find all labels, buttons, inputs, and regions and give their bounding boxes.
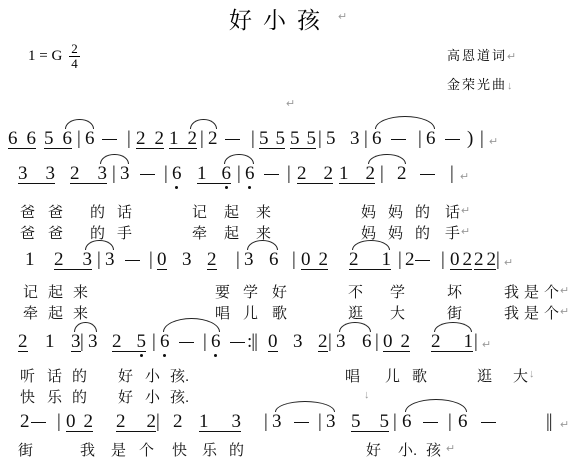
duration-dash — [140, 174, 155, 175]
lyric-row-2: 爸爸的手牵起来妈妈的手↵ — [0, 222, 578, 242]
lyric-syllable: 儿 — [243, 302, 258, 323]
song-title: 好小孩 — [229, 2, 331, 35]
barline: | — [97, 250, 101, 269]
formatting-mark: ↓ — [529, 368, 535, 380]
tie-arc — [375, 116, 435, 129]
duration-dash — [481, 422, 496, 423]
beamed-note-group: 23 — [54, 250, 92, 270]
note: 6 — [85, 129, 95, 148]
note: 5 — [290, 129, 300, 148]
beamed-note-group: 66 — [8, 129, 36, 149]
lyric-syllable: 爸 — [48, 222, 63, 243]
beamed-note-group: 22 — [474, 250, 496, 270]
tie-arc — [339, 322, 371, 332]
note: 1 — [199, 412, 209, 431]
barline: | — [200, 129, 204, 148]
note: 6 — [372, 129, 382, 148]
lyric-syllable: 大 — [513, 365, 528, 386]
barline: | — [375, 332, 379, 351]
paragraph-mark: ↵ — [560, 416, 569, 435]
lyric-syllable: 个 — [139, 439, 154, 460]
note: 2 — [431, 332, 441, 351]
paragraph-mark: ↵ — [507, 51, 516, 63]
lyric-syllable: 的 — [415, 222, 430, 243]
note: 5 — [259, 129, 269, 148]
tie-arc — [190, 119, 216, 129]
lyric-syllable: 爸 — [48, 201, 63, 222]
music-line-2: 3323|3|616|6|2212|2|↵ — [0, 164, 578, 194]
note: 3 — [244, 250, 254, 269]
barline: | — [364, 129, 368, 148]
barline: | — [156, 412, 160, 431]
beamed-note-group: 22 — [136, 129, 164, 149]
octave-dot — [140, 354, 143, 357]
note: 2 — [319, 250, 329, 269]
duration-dash — [179, 342, 194, 343]
note: 2 — [405, 250, 415, 269]
note: 0 — [383, 332, 393, 351]
duration-dash — [102, 139, 117, 140]
octave-dot — [248, 186, 251, 189]
note: 2 — [401, 332, 411, 351]
octave-dot — [225, 186, 228, 189]
formatting-mark: ↵ — [461, 225, 470, 238]
barline: | — [441, 250, 445, 269]
note: 2 — [112, 332, 122, 351]
note: 5 — [137, 332, 147, 351]
beamed-note-group: 21 — [431, 332, 473, 352]
closing-paren: ) — [467, 129, 473, 148]
barline: | — [152, 332, 156, 351]
barline: | — [112, 164, 116, 183]
barline: | — [149, 250, 153, 269]
lyric-syllable: 来 — [73, 302, 88, 323]
lyric-syllable: 起 — [48, 302, 63, 323]
note: 1 — [197, 164, 207, 183]
barline: | — [418, 129, 422, 148]
duration-dash — [391, 139, 406, 140]
lyric-syllable: 小 — [145, 386, 160, 407]
lyric-syllable: 孩. — [170, 365, 189, 386]
time-signature-denominator: 4 — [69, 57, 80, 71]
beamed-note-group: 16 — [197, 164, 231, 184]
note: 6 — [245, 164, 255, 183]
music-line-5: 2|0222|213|3|355|6|6||↵ — [0, 412, 578, 442]
lyric-syllable: 逛 — [348, 302, 363, 323]
barline: | — [318, 129, 322, 148]
note: 2 — [397, 164, 407, 183]
sheet-music-page: 好小孩 ↵ 1 = G 2 4 高恩道词↵ 金荣光曲↓ ↵ 6656|6|221… — [0, 0, 578, 468]
lyric-syllable: 妈 — [388, 201, 403, 222]
lyric-syllable: 是 — [524, 281, 539, 302]
lyric-syllable: 的 — [415, 201, 430, 222]
note: 6 — [458, 412, 468, 431]
note: 3 — [326, 412, 336, 431]
lyric-row-3: 记起来要学好不学坏我是个↵ — [0, 281, 578, 301]
tie-arc — [74, 322, 97, 332]
formatting-mark: ↵ — [446, 442, 455, 455]
note: 0 — [268, 332, 278, 352]
formatting-mark: ↵ — [560, 284, 569, 297]
note: 3 — [88, 332, 98, 351]
lyric-syllable: 话 — [445, 201, 460, 222]
lyric-syllable: 好 — [118, 386, 133, 407]
note: 6 — [172, 164, 182, 183]
beamed-note-group: 22 — [116, 412, 156, 432]
barline: | — [480, 129, 484, 148]
lyric-syllable: 的 — [72, 365, 87, 386]
lyric-syllable: 记 — [23, 281, 38, 302]
paragraph-mark: ↵ — [286, 97, 295, 110]
lyric-syllable: 我 — [80, 439, 95, 460]
beamed-note-group: 22 — [297, 164, 333, 184]
lyric-syllable: 的 — [72, 386, 87, 407]
note: 3 — [182, 250, 192, 269]
paragraph-mark: ↵ — [489, 133, 498, 152]
barline: | — [164, 164, 168, 183]
note: 5 — [351, 412, 361, 431]
lyric-syllable: 妈 — [388, 222, 403, 243]
note: 2 — [147, 412, 157, 431]
note: 2 — [173, 412, 183, 431]
note: 2 — [324, 164, 334, 183]
beamed-note-group: 02 — [383, 332, 410, 352]
key-text: 1 = G — [28, 48, 62, 65]
lyric-syllable: 小. — [398, 439, 417, 460]
barline: | — [80, 332, 84, 351]
lyric-syllable: 街 — [18, 439, 33, 460]
time-signature-numerator: 2 — [69, 42, 80, 57]
note: 5 — [380, 412, 390, 431]
barline: | — [236, 250, 240, 269]
note: 3 — [120, 164, 130, 183]
barline: | — [203, 332, 207, 351]
lyric-syllable: 手 — [445, 222, 460, 243]
lyric-syllable: 我 — [504, 281, 519, 302]
lyric-syllable: 来 — [73, 281, 88, 302]
barline: | — [380, 164, 384, 183]
lyric-syllable: 我 — [504, 302, 519, 323]
note: 6 — [362, 332, 372, 351]
note: 6 — [222, 164, 232, 183]
lyric-syllable: 个 — [544, 281, 559, 302]
repeat-barline: :|| — [247, 332, 257, 351]
lyricist-name: 高恩道词 — [447, 48, 507, 63]
note: 1 — [25, 250, 35, 269]
note: 2 — [188, 129, 198, 148]
note: 5 — [44, 129, 54, 148]
duration-dash — [294, 422, 309, 423]
beamed-note-group: 02 — [301, 250, 328, 270]
time-signature: 2 4 — [69, 42, 80, 72]
duration-dash — [230, 342, 245, 343]
formatting-mark: ↓ — [364, 389, 370, 401]
lyric-syllable: 坏 — [447, 281, 462, 302]
key-signature: 1 = G 2 4 — [28, 42, 80, 72]
lyric-syllable: 手 — [117, 222, 132, 243]
lyric-syllable: 的 — [90, 201, 105, 222]
lyric-syllable: 牵 — [192, 222, 207, 243]
lyric-row-6: 快乐的好小孩.↓ — [0, 386, 578, 406]
note: 3 — [350, 129, 360, 148]
lyric-syllable: 要 — [215, 281, 230, 302]
lyricist-credit: 高恩道词↵ — [447, 45, 516, 64]
note: 2 — [155, 129, 165, 148]
note: 3 — [293, 332, 303, 351]
barline: | — [264, 412, 268, 431]
lyric-syllable: 乐 — [47, 386, 62, 407]
barline: | — [57, 412, 61, 431]
note: 2 — [474, 250, 484, 269]
lyric-syllable: 学 — [390, 281, 405, 302]
note: 1 — [169, 129, 179, 148]
lyric-syllable: 学 — [243, 281, 258, 302]
lyric-syllable: 来 — [256, 222, 271, 243]
beamed-note-group: 55 — [351, 412, 389, 432]
note: 2 — [463, 250, 473, 269]
note: 5 — [276, 129, 286, 148]
note: 1 — [339, 164, 349, 183]
octave-dot — [175, 186, 178, 189]
note: 5 — [307, 129, 317, 148]
lyric-syllable: 歌 — [412, 365, 427, 386]
lyric-syllable: 逛 — [477, 365, 492, 386]
note: 6 — [269, 250, 279, 269]
lyric-syllable: 话 — [47, 365, 62, 386]
paragraph-mark: ↵ — [504, 254, 513, 273]
beamed-note-group: 02 — [66, 412, 93, 432]
lyric-syllable: 牵 — [23, 302, 38, 323]
note: 3 — [83, 250, 93, 269]
note: 3 — [18, 164, 28, 183]
barline: | — [328, 332, 332, 351]
beamed-note-group: 55 — [259, 129, 285, 149]
note: 5 — [326, 129, 336, 148]
note: 0 — [66, 412, 76, 431]
barline: | — [450, 164, 454, 183]
lyric-syllable: 不 — [348, 281, 363, 302]
beamed-note-group: 12 — [339, 164, 375, 184]
note: 3 — [98, 164, 108, 183]
note: 2 — [487, 250, 497, 269]
barline: | — [448, 412, 452, 431]
lyric-syllable: 街 — [447, 302, 462, 323]
lyric-syllable: 大 — [390, 302, 405, 323]
barline: | — [398, 250, 402, 269]
final-barline: || — [546, 412, 552, 431]
note: 2 — [207, 250, 217, 270]
octave-dot — [163, 354, 166, 357]
duration-dash — [445, 139, 460, 140]
beamed-note-group: 25 — [112, 332, 146, 352]
lyric-syllable: 好 — [366, 439, 381, 460]
lyric-syllable: 听 — [20, 365, 35, 386]
beamed-note-group: 23 — [70, 164, 107, 184]
lyric-syllable: 妈 — [361, 222, 376, 243]
note: 2 — [18, 332, 28, 352]
lyric-syllable: 爸 — [20, 222, 35, 243]
note: 3 — [232, 412, 242, 431]
composer-name: 金荣光曲 — [447, 77, 507, 92]
lyric-syllable: 快 — [172, 439, 187, 460]
beamed-note-group: 33 — [18, 164, 55, 184]
duration-dash — [423, 422, 438, 423]
barline: | — [287, 164, 291, 183]
music-line-3: 123|3|032|36|0221|2|0222|↵ — [0, 250, 578, 280]
note: 1 — [382, 250, 392, 269]
lyric-syllable: 起 — [48, 281, 63, 302]
note: 6 — [426, 129, 436, 148]
duration-dash — [420, 174, 435, 175]
lyric-row-5: 听话的好小孩.唱儿歌逛大↓ — [0, 365, 578, 385]
duration-dash — [415, 260, 430, 261]
note: 6 — [160, 332, 170, 351]
note: 0 — [450, 250, 460, 269]
tie-arc — [65, 119, 93, 129]
duration-dash — [125, 260, 140, 261]
note: 2 — [116, 412, 126, 431]
lyric-syllable: 的 — [90, 222, 105, 243]
note: 3 — [272, 412, 282, 431]
tie-arc — [434, 322, 472, 332]
paragraph-mark: ↵ — [482, 336, 491, 355]
note: 2 — [70, 164, 80, 183]
lyric-syllable: 好 — [272, 281, 287, 302]
lyric-syllable: 记 — [192, 201, 207, 222]
lyric-syllable: 孩. — [170, 386, 189, 407]
beamed-note-group: 12 — [169, 129, 197, 149]
lyric-syllable: 唱 — [215, 302, 230, 323]
duration-dash — [31, 422, 46, 423]
note: 3 — [46, 164, 56, 183]
formatting-mark: ↵ — [461, 204, 470, 217]
barline: | — [292, 250, 296, 269]
lyric-syllable: 话 — [117, 201, 132, 222]
note: 6 — [27, 129, 37, 148]
lyric-syllable: 来 — [256, 201, 271, 222]
formatting-mark: ↵ — [560, 305, 569, 318]
lyric-row-1: 爸爸的话记起来妈妈的话↵ — [0, 201, 578, 221]
lyric-syllable: 是 — [524, 302, 539, 323]
note: 2 — [54, 250, 64, 269]
note: 2 — [136, 129, 146, 148]
duration-dash — [225, 139, 240, 140]
barline: | — [251, 129, 255, 148]
lyric-syllable: 孩 — [426, 439, 441, 460]
composer-credit: 金荣光曲↓ — [447, 74, 513, 93]
beamed-note-group: 56 — [44, 129, 72, 149]
note: 0 — [301, 250, 311, 269]
down-arrow-mark: ↓ — [507, 80, 513, 92]
note: 6 — [211, 332, 221, 351]
note: 2 — [20, 412, 30, 431]
lyric-syllable: 起 — [224, 201, 239, 222]
note: 0 — [157, 250, 167, 270]
lyric-row-4: 牵起来唱儿歌逛大街我是个↵ — [0, 302, 578, 322]
note: 1 — [464, 332, 474, 351]
barline: | — [127, 129, 131, 148]
beamed-note-group: 02 — [450, 250, 472, 270]
beamed-note-group: 21 — [349, 250, 391, 270]
barline: | — [77, 129, 81, 148]
barline: | — [237, 164, 241, 183]
note: 6 — [63, 129, 73, 148]
music-line-4: 213|325|6|6:||032|36|0221|↵ — [0, 332, 578, 362]
lyric-row-7: 街我是个快乐的好小.孩↵ — [0, 439, 578, 459]
lyric-syllable: 儿 — [385, 365, 400, 386]
note: 2 — [84, 412, 94, 431]
barline: | — [496, 250, 500, 269]
lyric-syllable: 起 — [224, 222, 239, 243]
lyric-syllable: 唱 — [345, 365, 360, 386]
duration-dash — [264, 174, 279, 175]
lyric-syllable: 快 — [20, 386, 35, 407]
octave-dot — [214, 354, 217, 357]
lyric-syllable: 的 — [229, 439, 244, 460]
note: 2 — [349, 250, 359, 269]
note: 3 — [336, 332, 346, 351]
note: 2 — [208, 129, 218, 148]
lyric-syllable: 小 — [145, 365, 160, 386]
barline: | — [474, 332, 478, 351]
lyric-syllable: 好 — [118, 365, 133, 386]
note: 2 — [318, 332, 328, 352]
barline: | — [393, 412, 397, 431]
music-line-1: 6656|6|2212|2|5555|53|6|6)|↵ — [0, 129, 578, 159]
note: 2 — [366, 164, 376, 183]
beamed-note-group: 55 — [290, 129, 316, 149]
note: 2 — [297, 164, 307, 183]
paragraph-mark: ↵ — [338, 10, 347, 23]
note: 6 — [402, 412, 412, 431]
note: 1 — [45, 332, 55, 351]
note: 3 — [105, 250, 115, 269]
lyric-syllable: 是 — [111, 439, 126, 460]
lyric-syllable: 个 — [544, 302, 559, 323]
note: 6 — [8, 129, 18, 148]
barline: | — [318, 412, 322, 431]
lyric-syllable: 歌 — [272, 302, 287, 323]
beamed-note-group: 13 — [199, 412, 241, 432]
lyric-syllable: 乐 — [202, 439, 217, 460]
paragraph-mark: ↵ — [460, 168, 469, 187]
lyric-syllable: 妈 — [361, 201, 376, 222]
lyric-syllable: 爸 — [20, 201, 35, 222]
